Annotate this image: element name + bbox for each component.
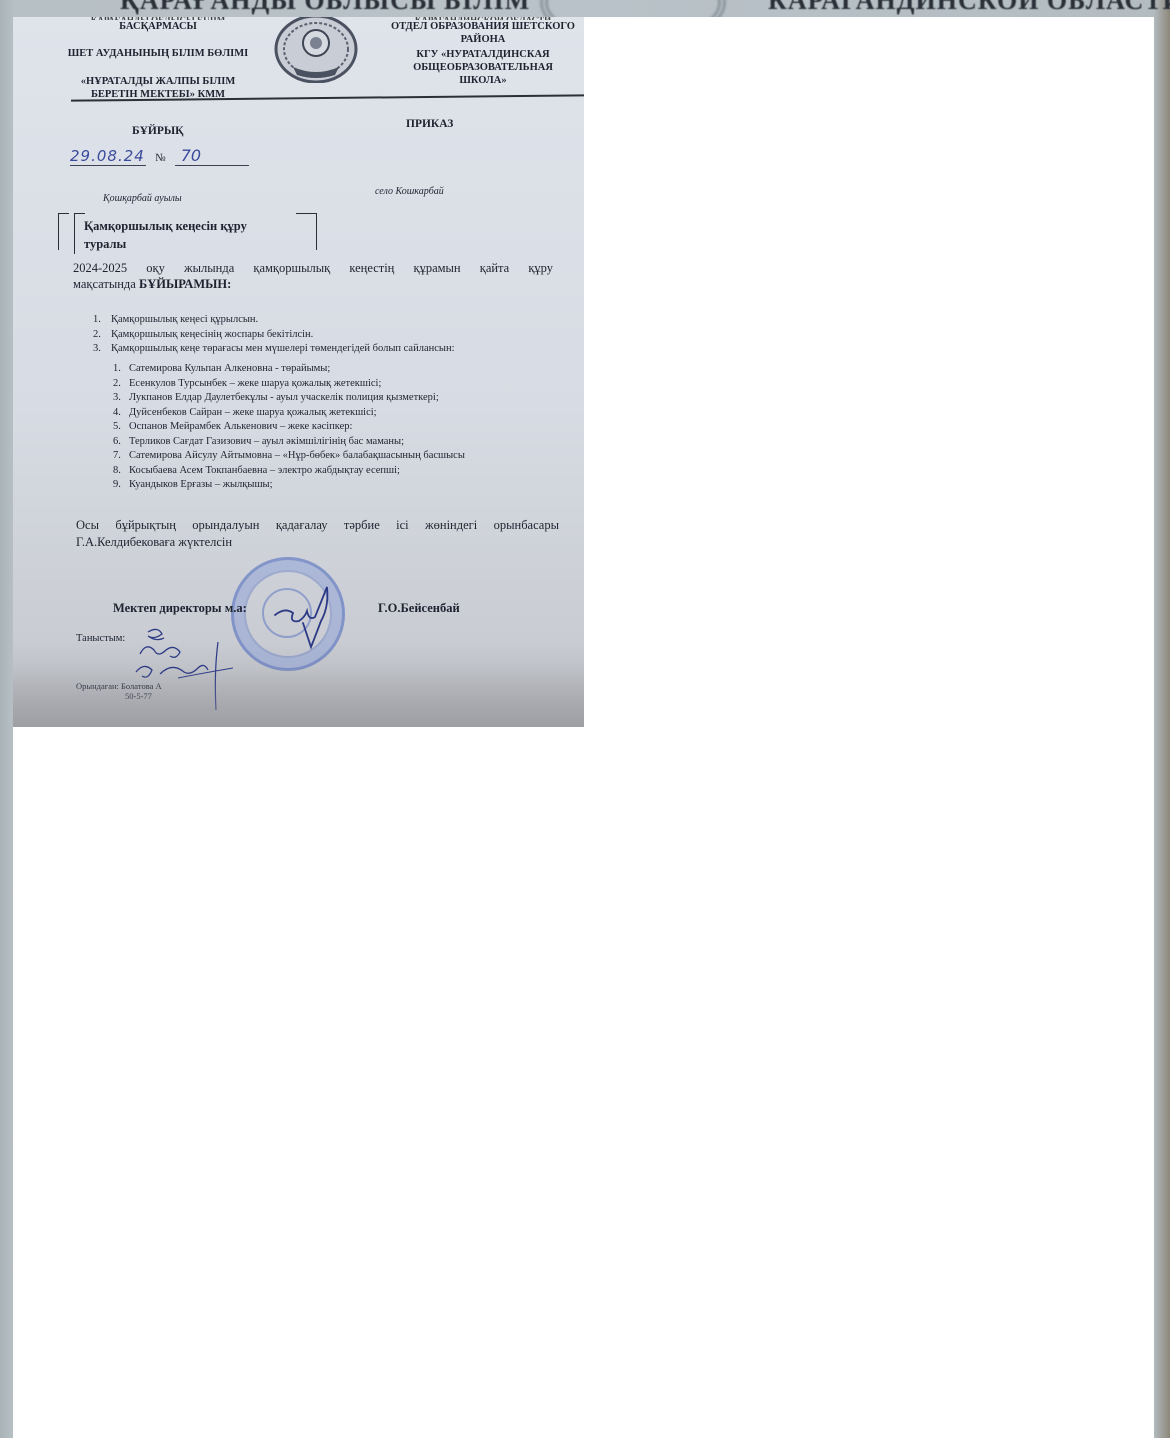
director-name: Г.О.Бейсенбай — [378, 601, 460, 616]
member-text: Косыбаева Асем Токпанбаевна – электро жа… — [129, 464, 400, 479]
closing-line1: Осы бұйрықтың орындалуын қадағалау тәрби… — [76, 517, 559, 534]
header-right-line5: ШКОЛА» — [378, 74, 584, 87]
order-item-number: 2. — [93, 328, 111, 343]
intro-paragraph: 2024-2025 оқу жылында қамқоршылық кеңест… — [73, 260, 553, 292]
member-number: 4. — [113, 406, 129, 421]
header-left-line1: БАСҚАРМАСЫ — [38, 20, 278, 33]
member-number: 9. — [113, 478, 129, 493]
intro-line2-prefix: мақсатында — [73, 277, 139, 291]
member-number: 3. — [113, 391, 129, 406]
header-right-line4: ОБЩЕОБРАЗОВАТЕЛЬНАЯ — [378, 61, 584, 74]
backdrop-title-right: КАРАГАНДИНСКОЙ ОБЛАСТИ — [768, 0, 1170, 16]
order-title-kz: БҰЙРЫҚ — [132, 125, 184, 137]
closing-paragraph: Осы бұйрықтың орындалуын қадағалау тәрби… — [76, 517, 559, 551]
intro-line1: 2024-2025 оқу жылында қамқоршылық кеңест… — [73, 260, 553, 276]
director-signature-icon — [263, 577, 343, 657]
member-item: 9.Куандыков Ерғазы – жылқышы; — [113, 478, 465, 493]
order-item-number: 3. — [93, 342, 111, 357]
member-text: Оспанов Мейрамбек Алькенович – жеке кәсі… — [129, 420, 352, 435]
member-item: 3.Лукпанов Елдар Даулетбекұлы - ауыл уча… — [113, 391, 465, 406]
number-sign: № — [155, 152, 166, 164]
member-text: Терликов Сағдат Газизович – ауыл әкімшіл… — [129, 435, 404, 450]
place-kz: Қошқарбай ауылы — [103, 193, 182, 204]
order-item-number: 1. — [93, 313, 111, 328]
member-item: 4.Дуйсенбеков Сайран – жеке шаруа қожалы… — [113, 406, 465, 421]
document-scan: ҚАРАҒАНДЫ ОБЛЫСЫ БІЛІМ БАСҚАРМАСЫ ШЕТ АУ… — [13, 17, 584, 727]
order-number: 70 — [175, 146, 249, 166]
member-text: Лукпанов Елдар Даулетбекұлы - ауыл учаск… — [129, 391, 439, 406]
member-number: 1. — [113, 362, 129, 377]
order-date-number: 29.08.24 № 70 — [70, 146, 249, 166]
member-text: Есенкулов Турсынбек – жеке шаруа қожалық… — [129, 377, 381, 392]
order-subject: Қамқоршылық кеңесін құру туралы — [84, 217, 247, 253]
order-item-text: Қамқоршылық кеңесі құрылсын. — [111, 313, 258, 328]
member-number: 6. — [113, 435, 129, 450]
header-right-line1: ОТДЕЛ ОБРАЗОВАНИЯ ШЕТСКОГО — [378, 20, 584, 33]
subject-line2: туралы — [84, 235, 247, 253]
order-item: 3.Қамқоршылық кеңе төрағасы мен мүшелері… — [93, 342, 454, 357]
order-title-ru: ПРИКАЗ — [406, 118, 453, 130]
header-right-ru: КАРАГАНДИНСКОЙ ОБЛАСТИ ОТДЕЛ ОБРАЗОВАНИЯ… — [378, 17, 584, 87]
closing-line2: Г.А.Келдибековаға жүктелсін — [76, 535, 232, 549]
member-number: 2. — [113, 377, 129, 392]
header-left-line3: «НҰРАТАЛДЫ ЖАЛПЫ БІЛІМ — [38, 75, 278, 88]
subject-line1: Қамқоршылық кеңесін құру — [84, 217, 247, 235]
order-item-text: Қамқоршылық кеңе төрағасы мен мүшелері т… — [111, 342, 454, 357]
order-date: 29.08.24 — [70, 147, 146, 166]
place-ru: село Кошкарбай — [375, 186, 444, 197]
member-text: Дуйсенбеков Сайран – жеке шаруа қожалық … — [129, 406, 377, 421]
header-left-line2: ШЕТ АУДАНЫНЫҢ БІЛІМ БӨЛІМІ — [38, 47, 278, 60]
header-right-line3: КГУ «НУРАТАЛДИНСКАЯ — [378, 48, 584, 61]
executor-label: Орындаған: Болатова А — [76, 681, 162, 691]
member-item: 7.Сатемирова Айсулу Айтымовна – «Нұр-бөб… — [113, 449, 465, 464]
header-right-line2: РАЙОНА — [378, 33, 584, 46]
member-text: Сатемирова Кульпан Алкеновна - төрайымы; — [129, 362, 330, 377]
members-list: 1.Сатемирова Кульпан Алкеновна - төрайым… — [113, 362, 465, 493]
order-item: 2.Қамқоршылық кеңесінің жоспары бекітілс… — [93, 328, 454, 343]
member-text: Сатемирова Айсулу Айтымовна – «Нұр-бөбек… — [129, 449, 465, 464]
member-item: 8.Косыбаева Асем Токпанбаевна – электро … — [113, 464, 465, 479]
member-text: Куандыков Ерғазы – жылқышы; — [129, 478, 273, 493]
order-item-text: Қамқоршылық кеңесінің жоспары бекітілсін… — [111, 328, 313, 343]
member-item: 6.Терликов Сағдат Газизович – ауыл әкімш… — [113, 435, 465, 450]
header-left-kz: ҚАРАҒАНДЫ ОБЛЫСЫ БІЛІМ БАСҚАРМАСЫ ШЕТ АУ… — [38, 17, 278, 101]
member-item: 1.Сатемирова Кульпан Алкеновна - төрайым… — [113, 362, 465, 377]
member-number: 7. — [113, 449, 129, 464]
member-item: 5.Оспанов Мейрамбек Алькенович – жеке кә… — [113, 420, 465, 435]
orders-list: 1.Қамқоршылық кеңесі құрылсын. 2.Қамқорш… — [93, 313, 454, 357]
order-item: 1.Қамқоршылық кеңесі құрылсын. — [93, 313, 454, 328]
member-item: 2.Есенкулов Турсынбек – жеке шаруа қожал… — [113, 377, 465, 392]
state-emblem-icon — [273, 17, 359, 83]
member-number: 5. — [113, 420, 129, 435]
director-label: Мектеп директоры м.а: — [113, 601, 247, 616]
executor-phone: 50-5-77 — [125, 691, 152, 701]
intro-line2-bold: БҰЙЫРАМЫН: — [139, 277, 231, 291]
member-number: 8. — [113, 464, 129, 479]
backdrop-title-left: ҚАРАҒАНДЫ ОБЛЫСЫ БІЛІМ — [120, 0, 530, 16]
